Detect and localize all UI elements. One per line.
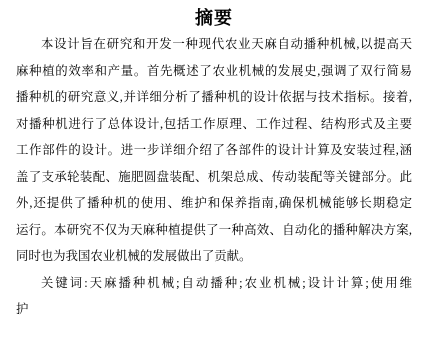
keywords-paragraph: 关键词:天麻播种机械;自动播种;农业机械;设计计算;使用维护 <box>16 270 412 323</box>
abstract-text-line: 麻种植的效率和产量。首先概述了农业机械的发展史,强调了双行简易 <box>16 58 412 85</box>
abstract-text-line: 盖了支承轮装配、施肥圆盘装配、机架总成、传动装配等关键部分。此 <box>16 164 412 191</box>
abstract-text-line: 工作部件的设计。进一步详细介绍了各部件的设计计算及安装过程,涵 <box>16 137 412 164</box>
abstract-paragraph: 本设计旨在研究和开发一种现代农业天麻自动播种机械,以提高天麻种植的效率和产量。首… <box>16 31 412 270</box>
abstract-text-line: 运行。本研究不仅为天麻种植提供了一种高效、自动化的播种解决方案, <box>16 217 412 244</box>
document-page: 摘要 本设计旨在研究和开发一种现代农业天麻自动播种机械,以提高天麻种植的效率和产… <box>0 8 428 362</box>
abstract-text-line: 播种机的研究意义,并详细分析了播种机的设计依据与技术指标。接着, <box>16 84 412 111</box>
abstract-body: 本设计旨在研究和开发一种现代农业天麻自动播种机械,以提高天麻种植的效率和产量。首… <box>16 31 412 323</box>
abstract-text-line: 外,还提供了播种机的使用、维护和保养指南,确保机械能够长期稳定 <box>16 190 412 217</box>
abstract-title: 摘要 <box>0 8 428 29</box>
keywords-text-line: 关键词:天麻播种机械;自动播种;农业机械;设计计算;使用维 <box>16 270 412 297</box>
abstract-text-line: 对播种机进行了总体设计,包括工作原理、工作过程、结构形式及主要 <box>16 111 412 138</box>
keywords-text-line: 护 <box>16 296 412 323</box>
abstract-text-line: 本设计旨在研究和开发一种现代农业天麻自动播种机械,以提高天 <box>16 31 412 58</box>
abstract-text-line: 同时也为我国农业机械的发展做出了贡献。 <box>16 243 412 270</box>
